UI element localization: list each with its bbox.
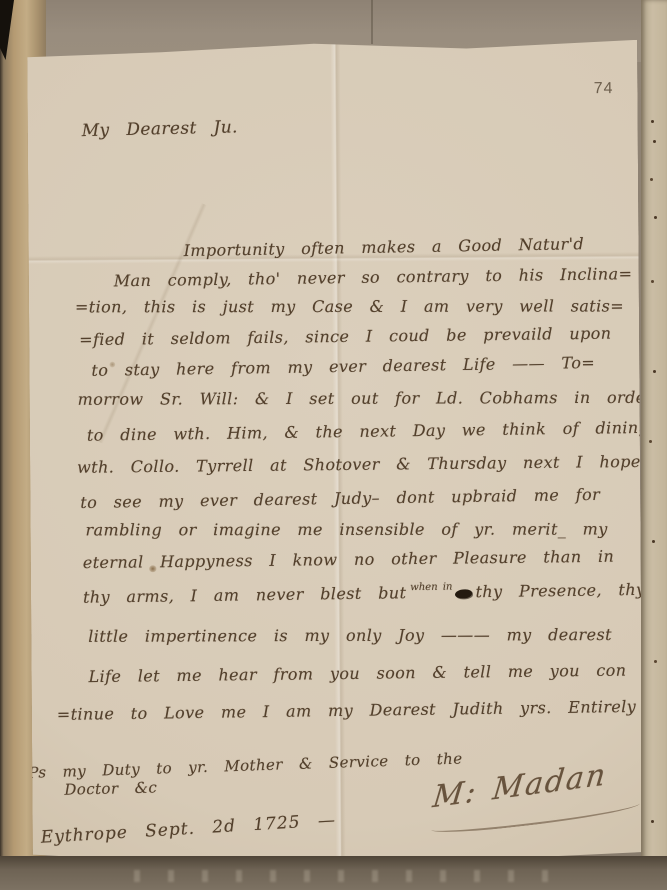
- letter-line: =tinue to Love me I am my Dearest Judith…: [57, 697, 637, 724]
- line-text-before-blot: thy arms, I am never blest but: [83, 583, 407, 607]
- adjacent-page-edge: [641, 0, 667, 890]
- letter-page: 74 My Dearest Ju. Importunity often make…: [27, 40, 643, 866]
- letter-line: Man comply, tho' never so contrary to hi…: [114, 264, 633, 290]
- next-page-below: [0, 856, 667, 890]
- letter-line: Importunity often makes a Good Natur'd: [183, 234, 584, 260]
- vertical-fold-crease: [330, 42, 346, 864]
- line-text-after-blot: thy Presence, thy: [475, 580, 645, 601]
- letter-line: to stay here from my ever dearest Life —…: [91, 353, 595, 380]
- letter-line: to see my ever dearest Judy– dont upbrai…: [80, 485, 600, 512]
- letter-line: Life let me hear from you soon & tell me…: [88, 661, 626, 687]
- letter-line: eternal Happyness I know no other Pleasu…: [83, 547, 615, 572]
- postscript-line: Doctor &c: [64, 778, 157, 798]
- letter-line: wth. Collo. Tyrrell at Shotover & Thursd…: [77, 452, 641, 477]
- letter-line-with-insertion: thy arms, I am never blest butwhen inthy…: [83, 580, 646, 607]
- letter-line: rambling or imagine me insensible of yr.…: [86, 519, 608, 539]
- dark-binding-sliver: [0, 0, 14, 60]
- letter-line: =tion, this is just my Case & I am very …: [75, 296, 624, 316]
- letter-line: morrow Sr. Will: & I set out for Ld. Cob…: [78, 388, 654, 409]
- photograph-of-manuscript-letter: 74 My Dearest Ju. Importunity often make…: [0, 0, 667, 890]
- letter-line: to dine wth. Him, & the next Day we thin…: [87, 418, 650, 445]
- interlinear-insertion: when in: [410, 582, 452, 594]
- letter-line: =fied it seldom fails, since I coud be p…: [79, 324, 611, 350]
- faint-writing-on-next-page: [120, 870, 550, 882]
- dateline: Eythrope Sept. 2d 1725 —: [40, 810, 336, 847]
- page-edge-line: [371, 0, 373, 44]
- ink-blot-crossout: [454, 589, 471, 598]
- postscript-line: Ps my Duty to yr. Mother & Service to th…: [28, 749, 463, 781]
- ink-bleed-marks: [651, 120, 654, 123]
- letter-line: little impertinence is my only Joy ——— m…: [88, 625, 612, 646]
- folio-page-number: 74: [594, 80, 614, 98]
- salutation: My Dearest Ju.: [82, 117, 239, 141]
